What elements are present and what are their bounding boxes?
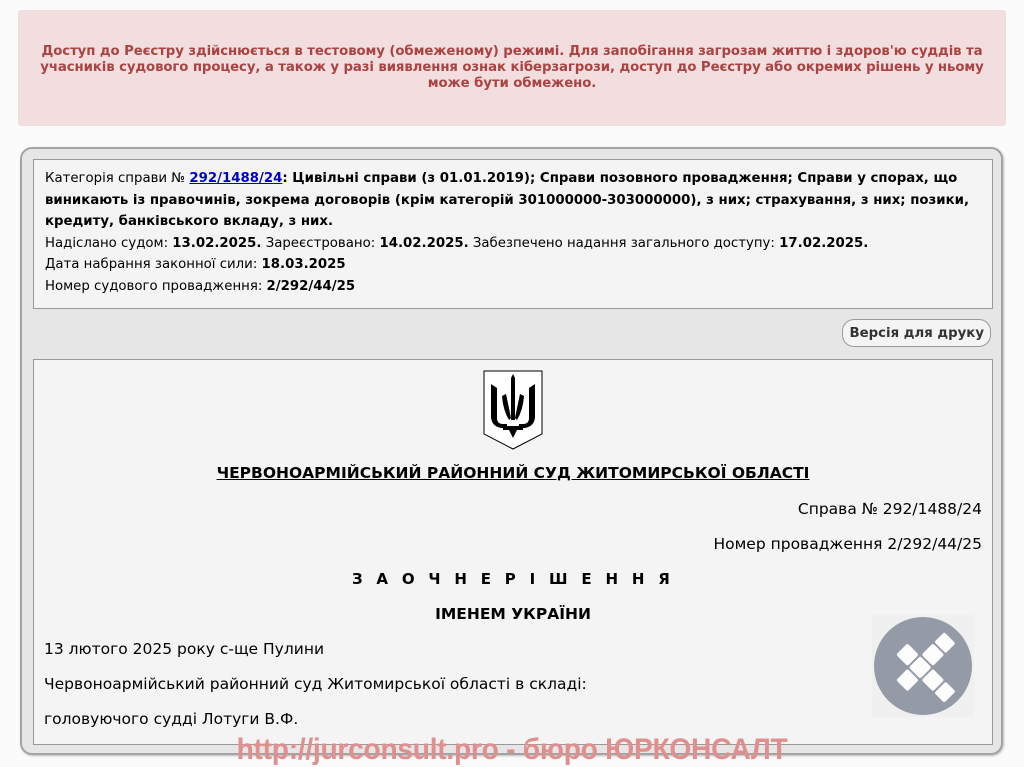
alert-text: Доступ до Реєстру здійснюється в тестово… bbox=[34, 44, 990, 92]
ukraine-trident-emblem-icon bbox=[483, 370, 543, 450]
court-title: ЧЕРВОНОАРМІЙСЬКИЙ РАЙОННИЙ СУД ЖИТОМИРСЬ… bbox=[34, 464, 992, 482]
print-version-button[interactable]: Версія для друку bbox=[842, 319, 991, 347]
presiding-judge-line: головуючого судді Лотуги В.Ф. bbox=[44, 710, 298, 728]
case-number: Справа № 292/1488/24 bbox=[798, 500, 982, 518]
access-date: 17.02.2025. bbox=[779, 236, 868, 251]
case-dates: Надіслано судом: 13.02.2025. Зареєстрова… bbox=[45, 233, 981, 255]
date-place-line: 13 лютого 2025 року с-ще Пулини bbox=[44, 640, 324, 658]
decision-container: Категорія справи № 292/1488/24: Цивільні… bbox=[20, 147, 1003, 755]
sent-date: 13.02.2025. bbox=[172, 236, 261, 251]
effective-date: 18.03.2025 bbox=[262, 257, 346, 272]
court-composition-line: Червоноармійський районний суд Житомирсь… bbox=[44, 675, 587, 693]
proceeding-number: 2/292/44/25 bbox=[267, 279, 356, 294]
decision-document: ЧЕРВОНОАРМІЙСЬКИЙ РАЙОННИЙ СУД ЖИТОМИРСЬ… bbox=[33, 359, 993, 745]
case-info-panel: Категорія справи № 292/1488/24: Цивільні… bbox=[33, 159, 993, 309]
case-category: Категорія справи № 292/1488/24: Цивільні… bbox=[45, 168, 981, 233]
watermark-text: http://jurconsult.pro - бюро ЮРКОНСАЛТ bbox=[31, 733, 994, 767]
decision-title: З А О Ч Н Е Р І Ш Е Н Н Я bbox=[34, 570, 992, 588]
case-number-link[interactable]: 292/1488/24 bbox=[189, 171, 282, 186]
in-name-of-ukraine: ІМЕНЕМ УКРАЇНИ bbox=[34, 605, 992, 623]
proceeding-row: Номер судового провадження: 2/292/44/25 bbox=[45, 276, 981, 298]
effective-date-row: Дата набрання законної сили: 18.03.2025 bbox=[45, 254, 981, 276]
registered-date: 14.02.2025. bbox=[379, 236, 468, 251]
puzzle-badge bbox=[872, 615, 974, 717]
proceeding-number-line: Номер провадження 2/292/44/25 bbox=[713, 535, 982, 553]
registry-access-alert: Доступ до Реєстру здійснюється в тестово… bbox=[18, 10, 1006, 126]
puzzle-pieces-icon bbox=[872, 615, 974, 717]
